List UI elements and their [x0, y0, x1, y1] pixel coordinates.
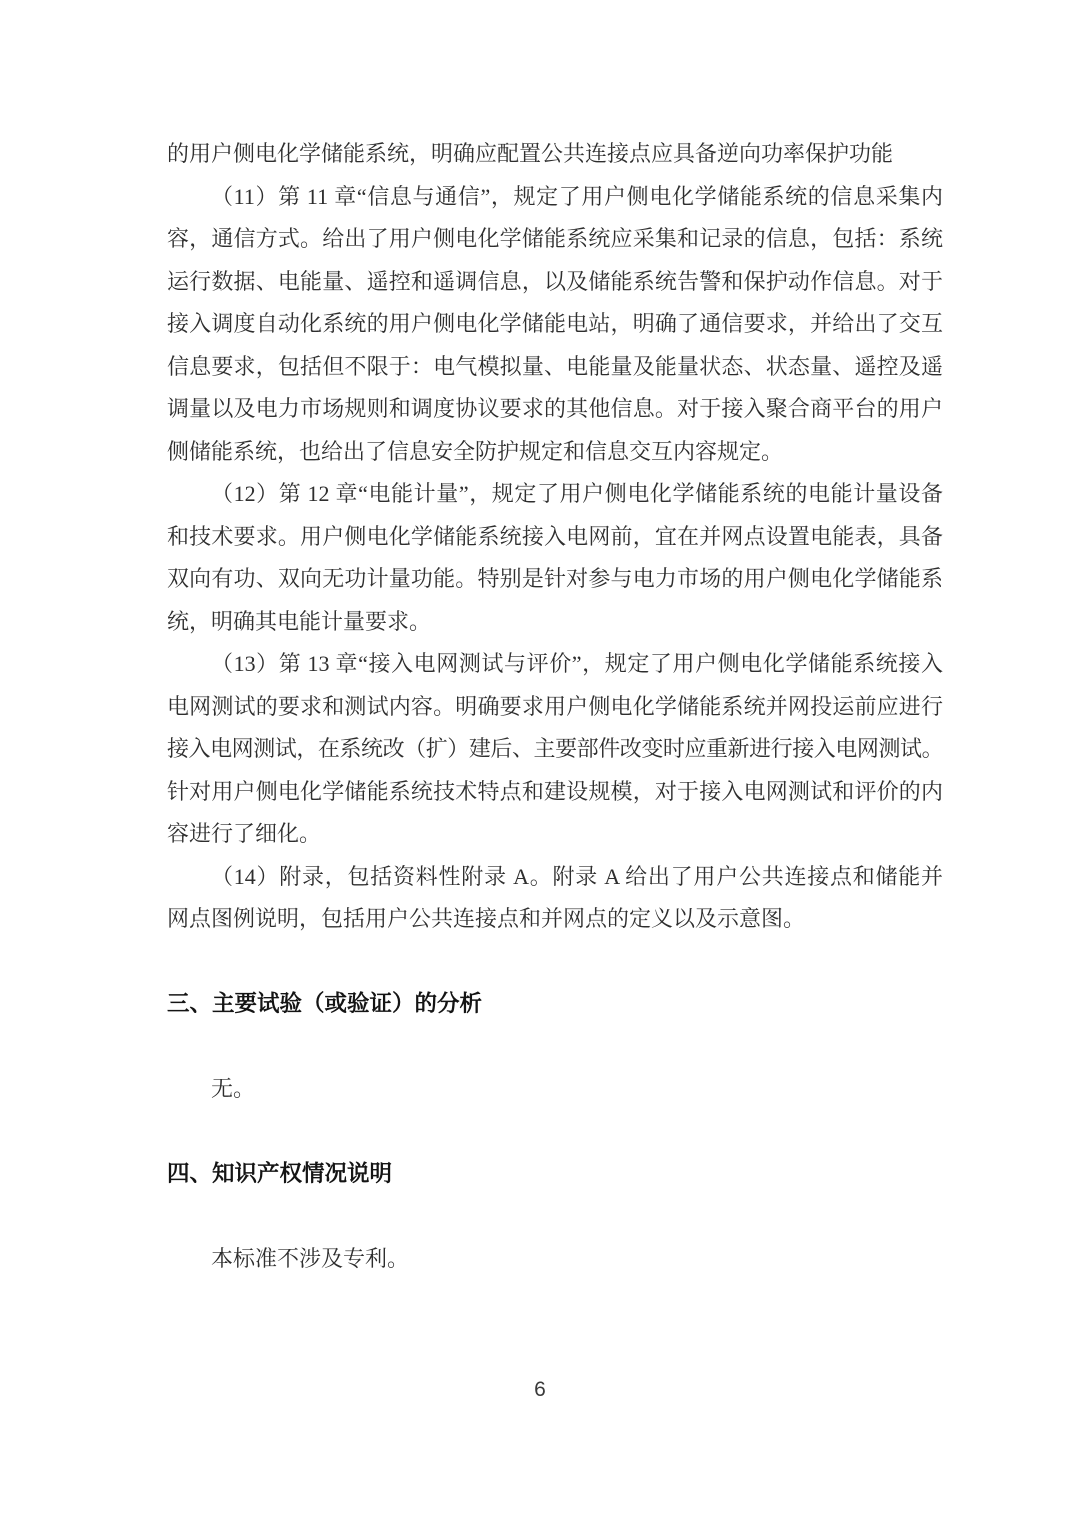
text-line: 容进行了细化。 [167, 813, 943, 856]
text-line: 双向有功、双向无功计量功能。特别是针对参与电力市场的用户侧电化学储能系 [167, 558, 943, 601]
blank-line [167, 941, 943, 984]
text-line: 信息要求，包括但不限于：电气模拟量、电能量及能量状态、状态量、遥控及遥 [167, 346, 943, 389]
text-line: （13）第 13 章“接入电网测试与评价”，规定了用户侧电化学储能系统接入 [167, 643, 943, 686]
text-line: 统，明确其电能计量要求。 [167, 601, 943, 644]
page-body-text: 的用户侧电化学储能系统，明确应配置公共连接点应具备逆向功率保护功能 （11）第 … [167, 133, 943, 1281]
text-line: 和技术要求。用户侧电化学储能系统接入电网前，宜在并网点设置电能表，具备 [167, 516, 943, 559]
text-line: 接入电网测试，在系统改（扩）建后、主要部件改变时应重新进行接入电网测试。 [167, 728, 943, 771]
text-line: （12）第 12 章“电能计量”，规定了用户侧电化学储能系统的电能计量设备 [167, 473, 943, 516]
blank-line [167, 1196, 943, 1239]
document-page: 的用户侧电化学储能系统，明确应配置公共连接点应具备逆向功率保护功能 （11）第 … [0, 0, 1080, 1527]
text-line: （11）第 11 章“信息与通信”，规定了用户侧电化学储能系统的信息采集内 [167, 176, 943, 219]
section-4-heading: 四、知识产权情况说明 [167, 1153, 943, 1196]
text-line: 针对用户侧电化学储能系统技术特点和建设规模，对于接入电网测试和评价的内 [167, 771, 943, 814]
page-number: 6 [0, 1378, 1080, 1402]
text-line: 的用户侧电化学储能系统，明确应配置公共连接点应具备逆向功率保护功能 [167, 133, 943, 176]
blank-line [167, 1111, 943, 1154]
text-line: 网点图例说明，包括用户公共连接点和并网点的定义以及示意图。 [167, 898, 943, 941]
text-line: 容，通信方式。给出了用户侧电化学储能系统应采集和记录的信息，包括：系统 [167, 218, 943, 261]
text-line: 运行数据、电能量、遥控和遥调信息，以及储能系统告警和保护动作信息。对于 [167, 261, 943, 304]
text-line: 调量以及电力市场规则和调度协议要求的其他信息。对于接入聚合商平台的用户 [167, 388, 943, 431]
section-4-body: 本标准不涉及专利。 [167, 1238, 943, 1281]
text-line: （14）附录，包括资料性附录 A。附录 A 给出了用户公共连接点和储能并 [167, 856, 943, 899]
text-line: 电网测试的要求和测试内容。明确要求用户侧电化学储能系统并网投运前应进行 [167, 686, 943, 729]
section-3-heading: 三、主要试验（或验证）的分析 [167, 983, 943, 1026]
text-line: 侧储能系统，也给出了信息安全防护规定和信息交互内容规定。 [167, 431, 943, 474]
section-3-body: 无。 [167, 1068, 943, 1111]
text-line: 接入调度自动化系统的用户侧电化学储能电站，明确了通信要求，并给出了交互 [167, 303, 943, 346]
blank-line [167, 1026, 943, 1069]
